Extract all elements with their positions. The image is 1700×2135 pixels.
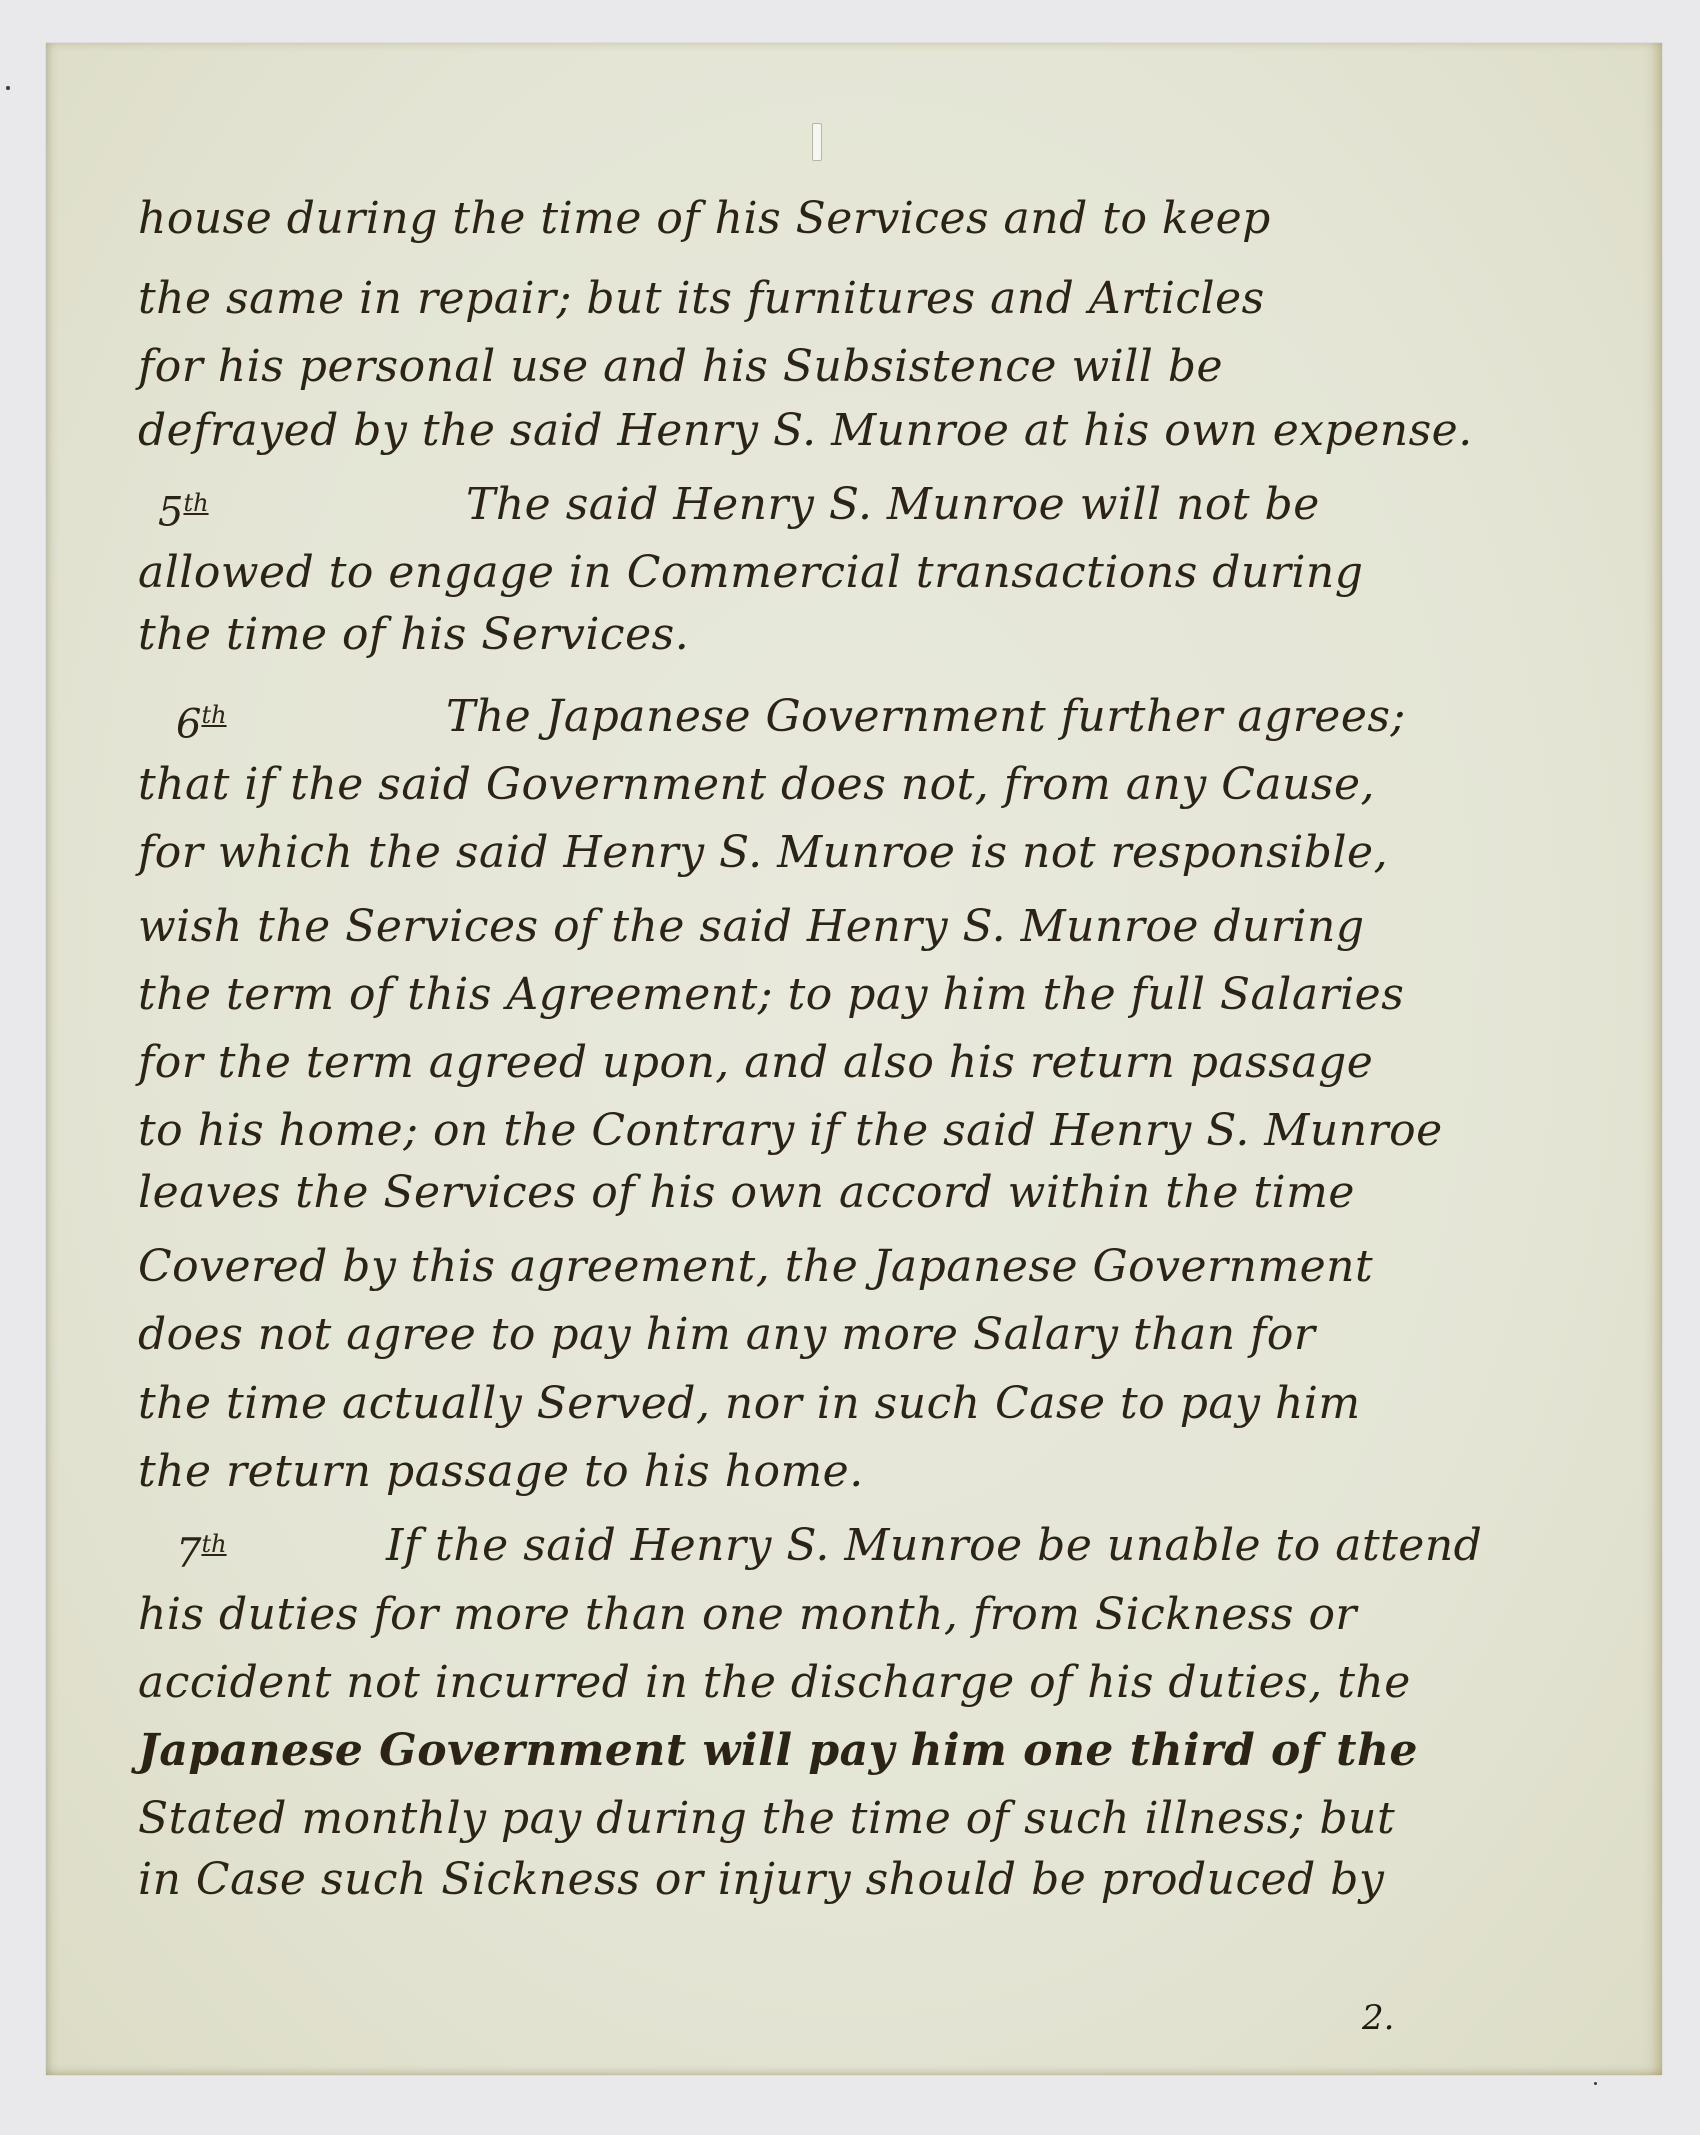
text-line: that if the said Government does not, fr…	[138, 751, 1668, 819]
text-line: the return passage to his home.	[138, 1438, 1668, 1506]
text-line: If the said Henry S. Munroe be unable to…	[386, 1512, 1646, 1580]
text-line: to his home; on the Contrary if the said…	[138, 1097, 1668, 1165]
text-line: his duties for more than one month, from…	[138, 1581, 1668, 1649]
text-line: house during the time of his Services an…	[138, 185, 1668, 253]
text-line: the time actually Served, nor in such Ca…	[138, 1370, 1668, 1438]
text-line: in Case such Sickness or injury should b…	[138, 1846, 1668, 1914]
text-line: for which the said Henry S. Munroe is no…	[138, 819, 1668, 887]
section-number-5: 5th	[158, 469, 209, 546]
text-line: defrayed by the said Henry S. Munroe at …	[138, 397, 1668, 465]
text-line: allowed to engage in Commercial transact…	[138, 539, 1668, 607]
punch-slot	[812, 123, 822, 161]
dust-speck	[1594, 2082, 1597, 2085]
text-line: Stated monthly pay during the time of su…	[138, 1785, 1668, 1853]
text-line: Japanese Government will pay him one thi…	[138, 1717, 1668, 1785]
text-line: The said Henry S. Munroe will not be	[466, 471, 1646, 539]
page-number: 2.	[1362, 1998, 1394, 2038]
text-line: the time of his Services.	[138, 601, 1668, 669]
text-line: the same in repair; but its furnitures a…	[138, 265, 1668, 333]
text-line: the term of this Agreement; to pay him t…	[138, 961, 1668, 1029]
section-number-6: 6th	[176, 681, 227, 758]
text-line: wish the Services of the said Henry S. M…	[138, 893, 1668, 961]
text-line: Covered by this agreement, the Japanese …	[138, 1233, 1668, 1301]
text-line: leaves the Services of his own accord wi…	[138, 1159, 1668, 1227]
text-line: The Japanese Government further agrees;	[446, 683, 1646, 751]
text-line: for his personal use and his Subsistence…	[138, 333, 1668, 401]
section-number-7: 7th	[176, 1510, 227, 1587]
text-line: for the term agreed upon, and also his r…	[138, 1029, 1668, 1097]
text-line: accident not incurred in the discharge o…	[138, 1649, 1668, 1717]
text-line: does not agree to pay him any more Salar…	[138, 1301, 1668, 1369]
manuscript-page: house during the time of his Services an…	[46, 43, 1662, 2075]
dust-speck	[6, 86, 10, 90]
